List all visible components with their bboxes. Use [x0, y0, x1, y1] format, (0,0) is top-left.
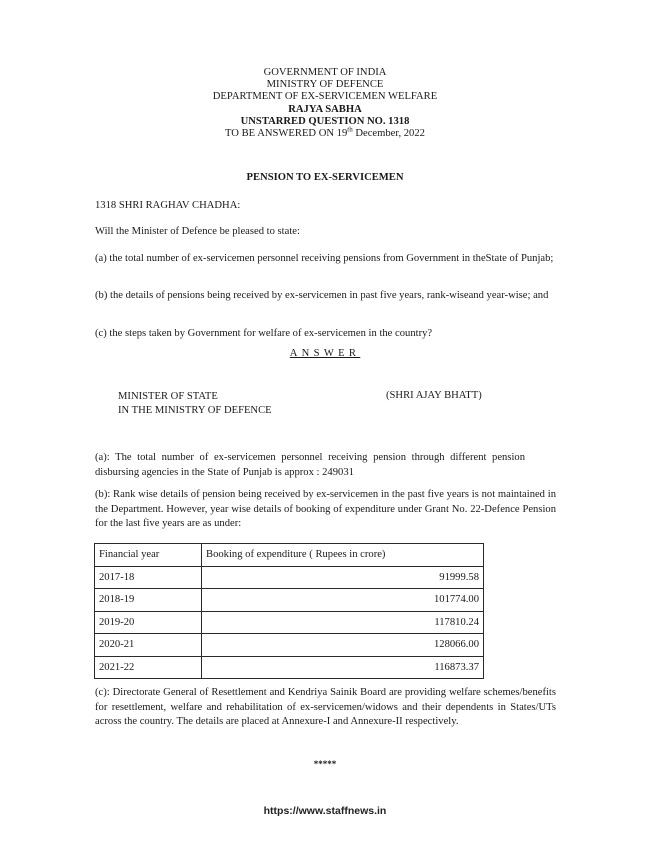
answer-date-suffix: December, 2022 — [353, 128, 425, 139]
answer-part-a: (a): The total number of ex-servicemen p… — [95, 451, 525, 480]
document-header: GOVERNMENT OF INDIA MINISTRY OF DEFENCE … — [0, 67, 650, 140]
cell-expenditure: 91999.58 — [202, 566, 484, 589]
cell-year: 2020-21 — [95, 634, 202, 657]
cell-expenditure: 101774.00 — [202, 589, 484, 612]
table-row: 2017-18 91999.58 — [95, 566, 484, 589]
cell-year: 2018-19 — [95, 589, 202, 612]
question-asker: 1318 SHRI RAGHAV CHADHA: — [95, 199, 556, 214]
header-government: GOVERNMENT OF INDIA — [0, 67, 650, 79]
cell-expenditure: 128066.00 — [202, 634, 484, 657]
document-title: PENSION TO EX-SERVICEMEN — [0, 172, 650, 183]
header-department: DEPARTMENT OF EX-SERVICEMEN WELFARE — [0, 91, 650, 103]
table-row: 2018-19 101774.00 — [95, 589, 484, 612]
cell-year: 2019-20 — [95, 611, 202, 634]
answer-date-prefix: TO BE ANSWERED ON 19 — [225, 128, 347, 139]
question-part-b: (b) the details of pensions being receiv… — [95, 289, 556, 304]
footer-url[interactable]: https://www.staffnews.in — [0, 805, 650, 817]
header-financial-year: Financial year — [95, 544, 202, 567]
cell-expenditure: 116873.37 — [202, 656, 484, 679]
table-header-row: Financial year Booking of expenditure ( … — [95, 544, 484, 567]
cell-year: 2017-18 — [95, 566, 202, 589]
table-row: 2021-22 116873.37 — [95, 656, 484, 679]
question-part-c: (c) the steps taken by Government for we… — [95, 327, 556, 342]
end-marker: ***** — [0, 759, 650, 769]
header-answer-date: TO BE ANSWERED ON 19th December, 2022 — [0, 128, 650, 140]
minister-designation: MINISTER OF STATE IN THE MINISTRY OF DEF… — [118, 390, 272, 417]
minister-line-2: IN THE MINISTRY OF DEFENCE — [118, 404, 272, 418]
header-booking-expenditure: Booking of expenditure ( Rupees in crore… — [202, 544, 484, 567]
answer-part-b: (b): Rank wise details of pension being … — [95, 488, 556, 532]
cell-year: 2021-22 — [95, 656, 202, 679]
table-row: 2020-21 128066.00 — [95, 634, 484, 657]
question-intro: Will the Minister of Defence be pleased … — [95, 225, 556, 240]
minister-line-1: MINISTER OF STATE — [118, 390, 272, 404]
question-part-a: (a) the total number of ex-servicemen pe… — [95, 252, 556, 267]
answer-part-c: (c): Directorate General of Resettlement… — [95, 686, 556, 730]
answer-heading: ANSWER — [0, 348, 650, 359]
header-question-number: UNSTARRED QUESTION NO. 1318 — [0, 116, 650, 128]
header-ministry: MINISTRY OF DEFENCE — [0, 79, 650, 91]
minister-name: (SHRI AJAY BHATT) — [386, 390, 482, 401]
header-house: RAJYA SABHA — [0, 104, 650, 116]
table-row: 2019-20 117810.24 — [95, 611, 484, 634]
expenditure-table: Financial year Booking of expenditure ( … — [94, 543, 484, 679]
document-page: GOVERNMENT OF INDIA MINISTRY OF DEFENCE … — [0, 0, 650, 841]
cell-expenditure: 117810.24 — [202, 611, 484, 634]
